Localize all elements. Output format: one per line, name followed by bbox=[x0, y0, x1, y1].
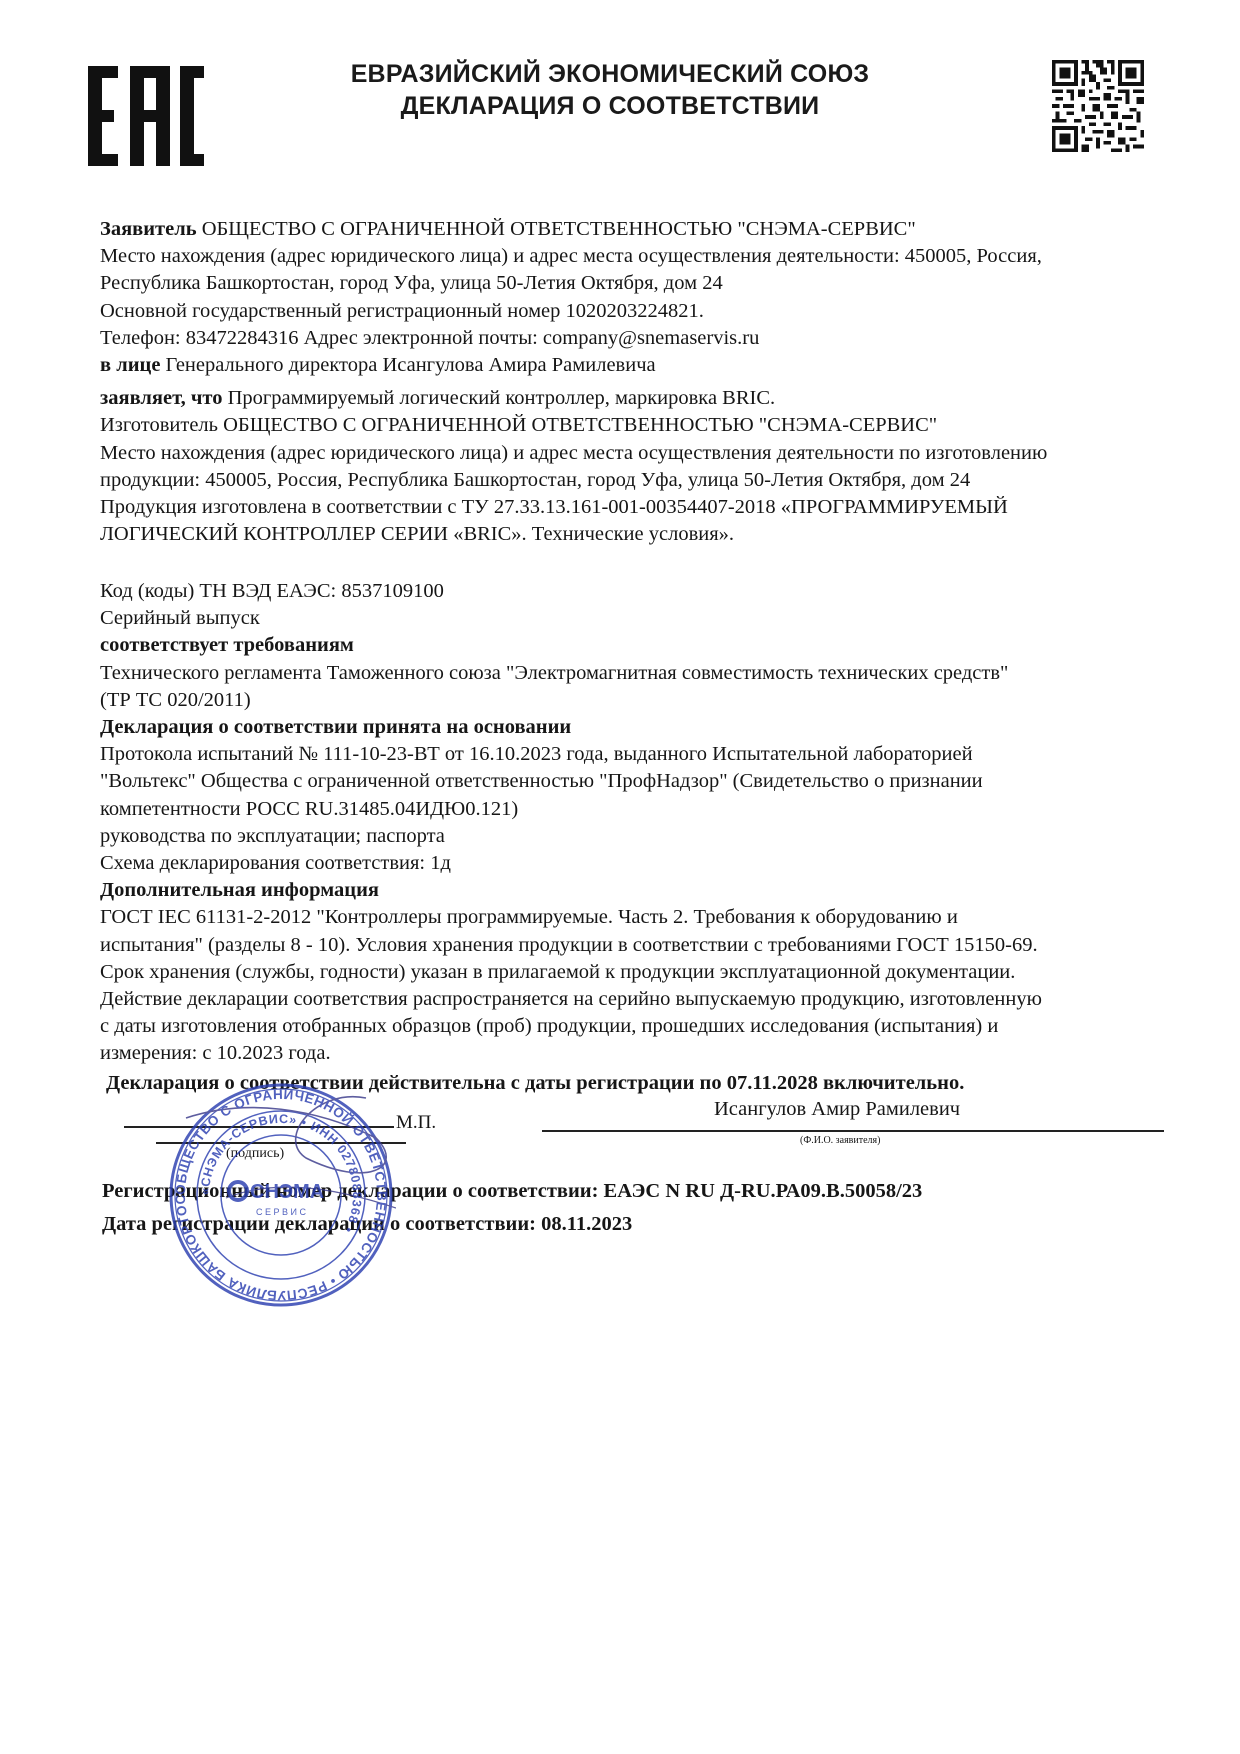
applicant-label: Заявитель bbox=[100, 218, 197, 240]
additional-line: Срок хранения (службы, годности) указан … bbox=[100, 959, 1180, 986]
eac-mark-icon bbox=[88, 66, 204, 166]
manufacturer: Изготовитель ОБЩЕСТВО С ОГРАНИЧЕННОЙ ОТВ… bbox=[100, 412, 1180, 439]
signer-name: Исангулов Амир Рамилевич bbox=[714, 1098, 960, 1121]
title-union: ЕВРАЗИЙСКИЙ ЭКОНОМИЧЕСКИЙ СОЮЗ bbox=[260, 58, 960, 90]
declares-line: заявляет, что Программируемый логический… bbox=[100, 385, 1180, 412]
regulation-line1: Технического регламента Таможенного союз… bbox=[100, 660, 1180, 687]
applicant-ogrn: Основной государственный регистрационный… bbox=[100, 298, 1180, 325]
protocol-line1: Протокола испытаний № 111-10-23-ВТ от 16… bbox=[100, 741, 1180, 768]
signature-caption: (подпись) bbox=[226, 1146, 284, 1162]
basis-documents: руководства по эксплуатации; паспорта bbox=[100, 823, 1180, 850]
declaration-scheme: Схема декларирования соответствия: 1д bbox=[100, 850, 1180, 877]
represented-label: в лице bbox=[100, 354, 160, 376]
compliance-heading: соответствует требованиям bbox=[100, 632, 1180, 659]
qr-code-icon bbox=[1052, 60, 1144, 152]
additional-line: измерения: с 10.2023 года. bbox=[100, 1040, 1180, 1067]
registration-date: Дата регистрации декларации о соответств… bbox=[102, 1213, 632, 1236]
additional-line: ГОСТ IEC 61131-2-2012 "Контроллеры прогр… bbox=[100, 904, 1180, 931]
product-name: Программируемый логический контроллер, м… bbox=[222, 387, 775, 409]
additional-heading: Дополнительная информация bbox=[100, 877, 1180, 904]
represented-by-line: в лице Генерального директора Исангулова… bbox=[100, 352, 1180, 379]
applicant-line: Заявитель ОБЩЕСТВО С ОГРАНИЧЕННОЙ ОТВЕТС… bbox=[100, 216, 1180, 243]
registration-number: Регистрационный номер декларации о соотв… bbox=[102, 1180, 922, 1203]
spec-line2: ЛОГИЧЕСКИЙ КОНТРОЛЛЕР СЕРИИ «BRIC». Техн… bbox=[100, 521, 1180, 548]
applicant-name: ОБЩЕСТВО С ОГРАНИЧЕННОЙ ОТВЕТСТВЕННОСТЬЮ… bbox=[197, 218, 916, 240]
regulation-line2: (ТР ТС 020/2011) bbox=[100, 687, 1180, 714]
basis-heading: Декларация о соответствии принята на осн… bbox=[100, 714, 1180, 741]
title-declaration: ДЕКЛАРАЦИЯ О СООТВЕТСТВИИ bbox=[260, 90, 960, 122]
additional-line: испытания" (разделы 8 - 10). Условия хра… bbox=[100, 932, 1180, 959]
additional-line: Действие декларации соответствия распрос… bbox=[100, 986, 1180, 1013]
seal-place-label: М.П. bbox=[396, 1112, 436, 1134]
production-type: Серийный выпуск bbox=[100, 605, 1180, 632]
signer-caption: (Ф.И.О. заявителя) bbox=[800, 1135, 880, 1146]
protocol-line2: "Вольтекс" Общества с ограниченной ответ… bbox=[100, 768, 1180, 795]
manufacturer-address-line2: продукции: 450005, Россия, Республика Ба… bbox=[100, 467, 1180, 494]
additional-line: с даты изготовления отобранных образцов … bbox=[100, 1013, 1180, 1040]
applicant-contacts: Телефон: 83472284316 Адрес электронной п… bbox=[100, 325, 1180, 352]
validity-statement: Декларация о соответствии действительна … bbox=[106, 1072, 964, 1095]
applicant-address-line1: Место нахождения (адрес юридического лиц… bbox=[100, 243, 1180, 270]
declares-label: заявляет, что bbox=[100, 387, 222, 409]
protocol-line3: компетентности РОСС RU.31485.04ИДЮ0.121) bbox=[100, 796, 1180, 823]
document-title: ЕВРАЗИЙСКИЙ ЭКОНОМИЧЕСКИЙ СОЮЗ ДЕКЛАРАЦИ… bbox=[260, 58, 960, 122]
classification-section: Код (коды) ТН ВЭД ЕАЭС: 8537109100 Серий… bbox=[100, 578, 1180, 1068]
signature-stroke bbox=[124, 1126, 394, 1128]
spec-line1: Продукция изготовлена в соответствии с Т… bbox=[100, 494, 1180, 521]
signature-line bbox=[156, 1142, 406, 1144]
eac-logo bbox=[88, 66, 204, 166]
applicant-address-line2: Республика Башкортостан, город Уфа, улиц… bbox=[100, 270, 1180, 297]
declaration-page: ЕВРАЗИЙСКИЙ ЭКОНОМИЧЕСКИЙ СОЮЗ ДЕКЛАРАЦИ… bbox=[0, 0, 1240, 1754]
represented-by: Генерального директора Исангулова Амира … bbox=[160, 354, 655, 376]
hs-code: Код (коды) ТН ВЭД ЕАЭС: 8537109100 bbox=[100, 578, 1180, 605]
signer-name-line bbox=[542, 1130, 1164, 1132]
manufacturer-address-line1: Место нахождения (адрес юридического лиц… bbox=[100, 440, 1180, 467]
declaration-body: Заявитель ОБЩЕСТВО С ОГРАНИЧЕННОЙ ОТВЕТС… bbox=[100, 216, 1180, 548]
